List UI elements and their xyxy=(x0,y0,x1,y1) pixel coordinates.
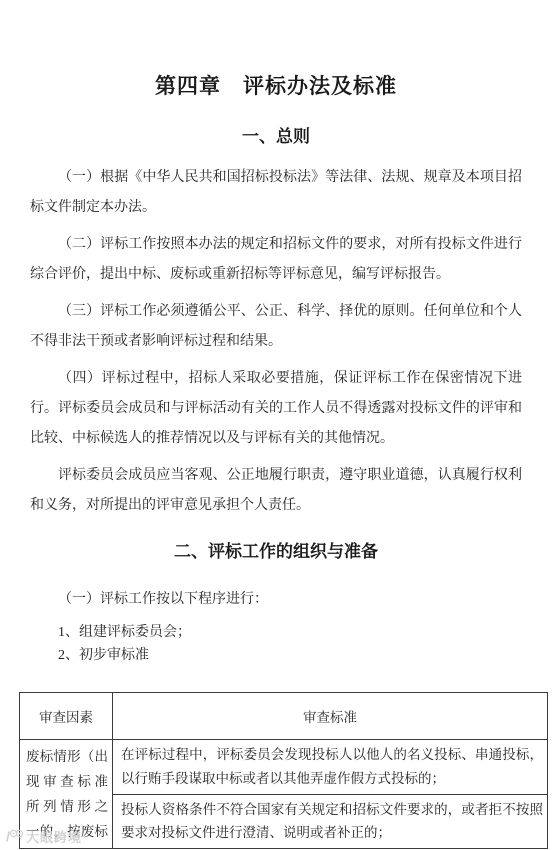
factor-header-cell: 审查因素 xyxy=(20,693,113,740)
watermark-text: 大眼跨境 xyxy=(26,827,82,846)
standard-cell-2: 投标人资格条件不符合国家有关规定和招标文件要求的，或者拒不按照要求对投标文件进行… xyxy=(113,794,548,849)
standard-cell-1: 在评标过程中，评标委员会发现投标人以他人的名义投标、串通投标，以行贿手段谋取中标… xyxy=(113,740,548,795)
procedure-item-2: 2、初步审标准 xyxy=(30,644,522,667)
procedure-item-1: 1、组建评标委员会； xyxy=(30,621,522,644)
section-organization-heading: 二、评标工作的组织与准备 xyxy=(30,537,522,562)
chapter-title: 第四章 评标办法及标准 xyxy=(30,0,522,100)
section-general-body: （一）根据《中华人民共和国招标投标法》等法律、法规、规章及本项目招标文件制定本办… xyxy=(30,163,522,521)
document-page: 第四章 评标办法及标准 一、总则 （一）根据《中华人民共和国招标投标法》等法律、… xyxy=(0,0,553,850)
procedure-intro: （一）评标工作按以下程序进行： xyxy=(30,588,522,611)
paragraph-3: （三）评标工作必须遵循公平、公正、科学、择优的原则。任何单位和个人不得非法干预或… xyxy=(30,297,522,357)
review-standards-table: 审查因素 审查标准 废标情形（出 现审查标准 所列情形之 一的，按废标 在评标过… xyxy=(19,692,548,849)
table-header-row: 审查因素 审查标准 xyxy=(20,693,548,740)
paragraph-1: （一）根据《中华人民共和国招标投标法》等法律、法规、规章及本项目招标文件制定本办… xyxy=(30,163,522,223)
factor-line: 现审查标准 xyxy=(26,769,108,794)
paragraph-2: （二）评标工作按照本办法的规定和招标文件的要求，对所有投标文件进行综合评价，提出… xyxy=(30,230,522,290)
watermark: 大眼跨境 xyxy=(5,827,82,846)
paragraph-4: （四）评标过程中，招标人采取必要措施，保证评标工作在保密情况下进行。评标委员会成… xyxy=(30,364,522,454)
paragraph-5: 评标委员会成员应当客观、公正地履行职责，遵守职业道德，认真履行权利和义务，对所提… xyxy=(30,461,522,521)
watermark-eyes-icon xyxy=(5,829,23,844)
document-content: 第四章 评标办法及标准 一、总则 （一）根据《中华人民共和国招标投标法》等法律、… xyxy=(0,0,553,849)
factor-line: 废标情形（出 xyxy=(26,744,108,769)
table-row: 废标情形（出 现审查标准 所列情形之 一的，按废标 在评标过程中，评标委员会发现… xyxy=(20,740,548,795)
factor-line: 所列情形之 xyxy=(26,794,108,819)
standard-header-cell: 审查标准 xyxy=(113,693,548,740)
section-general-heading: 一、总则 xyxy=(30,122,522,147)
